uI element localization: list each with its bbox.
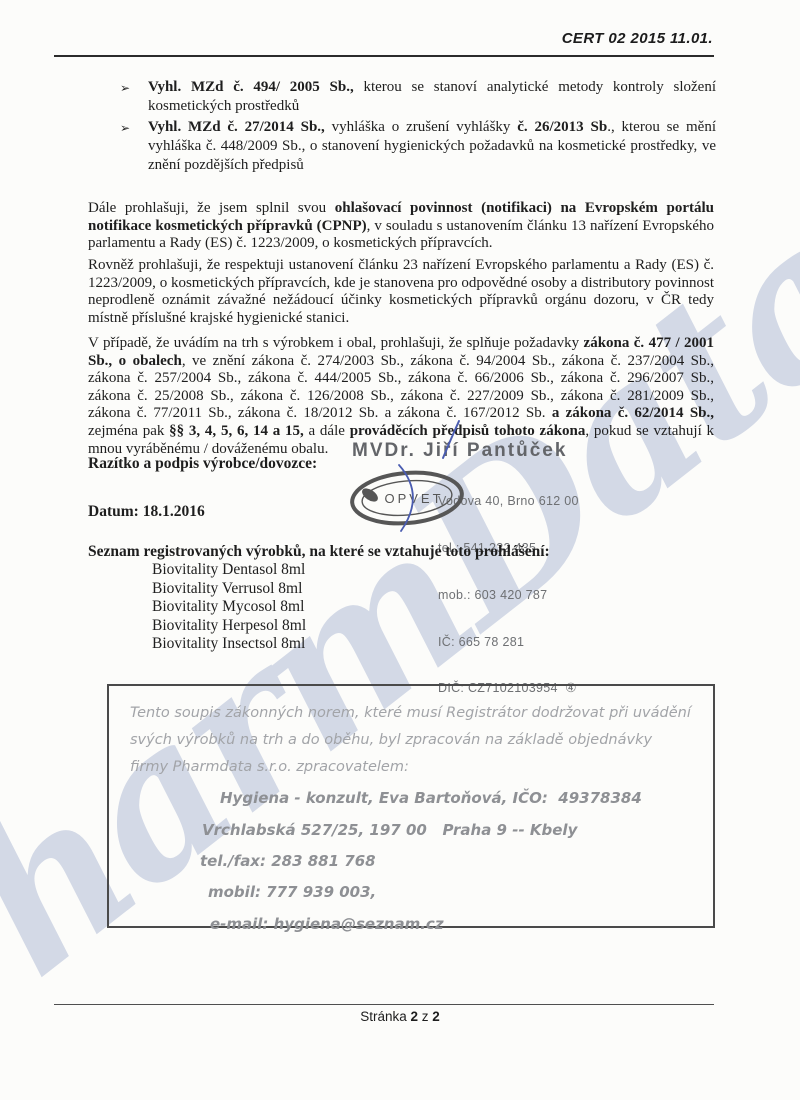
product-item: Biovitality Verrusol 8ml: [152, 580, 306, 599]
stamp-signature-label: Razítko a podpis výrobce/dovozce:: [88, 455, 317, 473]
regulation-ref-bold: č. 26/2013 Sb: [517, 119, 607, 135]
processor-note-box: Tento soupis zákonných norem, které musí…: [107, 684, 715, 928]
page-number-of: z: [418, 1009, 432, 1024]
arrow-bullet-icon: ➢: [120, 119, 130, 138]
note-intro: Tento soupis zákonných norem, které musí…: [130, 700, 692, 781]
regulation-list: ➢ Vyhl. MZd č. 494/ 2005 Sb., kterou se …: [120, 78, 716, 177]
note-contact-name: Hygiena - konzult, Eva Bartoňová, IČO: 4…: [220, 789, 692, 807]
cpnp-declaration-paragraph: Dále prohlašuji, že jsem splnil svou ohl…: [88, 200, 714, 253]
page-number-label: Stránka: [360, 1009, 410, 1024]
regulation-title: Vyhl. MZd č. 27/2014 Sb.,: [148, 119, 325, 135]
product-list: Biovitality Dentasol 8ml Biovitality Ver…: [152, 561, 306, 654]
regulation-item-494-2005: ➢ Vyhl. MZd č. 494/ 2005 Sb., kterou se …: [120, 78, 716, 116]
page-number-total: 2: [432, 1009, 440, 1024]
arrow-bullet-icon: ➢: [120, 79, 130, 98]
note-address: Vrchlabská 527/25, 197 00 Praha 9 -- Kbe…: [202, 821, 692, 839]
footer-rule: [54, 1004, 714, 1005]
product-item: Biovitality Mycosol 8ml: [152, 598, 306, 617]
note-telfax: tel./fax: 283 881 768: [200, 852, 692, 870]
products-heading: Seznam registrovaných výrobků, na které …: [88, 543, 550, 561]
date-value: 18.1.2016: [143, 503, 205, 520]
regulation-text: vyhláška o zrušení vyhlášky: [325, 119, 517, 135]
article23-declaration-paragraph: Rovněž prohlašuji, že respektuji ustanov…: [88, 257, 714, 327]
pen-signature-icon: [335, 405, 475, 545]
note-mobile: mobil: 777 939 003,: [208, 883, 692, 901]
paragraph-bold-text: a zákona č. 62/2014 Sb.,: [552, 405, 714, 421]
date-label: Datum:: [88, 503, 143, 520]
paragraph-text: V případě, že uvádím na trh s výrobkem i…: [88, 335, 584, 351]
regulation-title: Vyhl. MZd č. 494/ 2005 Sb.,: [148, 79, 354, 95]
product-item: Biovitality Dentasol 8ml: [152, 561, 306, 580]
product-item: Biovitality Insectsol 8ml: [152, 635, 306, 654]
paragraph-text: Dále prohlašuji, že jsem splnil svou: [88, 200, 335, 216]
date-line: Datum: 18.1.2016: [88, 503, 205, 521]
signer-mob: mob.: 603 420 787: [438, 588, 579, 604]
product-item: Biovitality Herpesol 8ml: [152, 617, 306, 636]
page-number: Stránka 2 z 2: [0, 1009, 800, 1024]
paragraph-text: Rovněž prohlašuji, že respektuji ustanov…: [88, 257, 714, 326]
paragraph-bold-text: §§ 3, 4, 5, 6, 14 a 15,: [169, 423, 304, 439]
scanned-document-page: PharmData s.r.o. CERT 02 2015 11.01. ➢ V…: [0, 0, 800, 1100]
doc-code: CERT 02 2015 11.01.: [562, 30, 713, 47]
signer-ic: IČ: 665 78 281: [438, 635, 579, 651]
note-email: e-mail: hygiena@seznam.cz: [210, 915, 692, 933]
page-number-current: 2: [410, 1009, 418, 1024]
paragraph-text: zejména pak: [88, 423, 169, 439]
regulation-item-27-2014: ➢ Vyhl. MZd č. 27/2014 Sb., vyhláška o z…: [120, 118, 716, 175]
header-rule: [54, 55, 714, 57]
